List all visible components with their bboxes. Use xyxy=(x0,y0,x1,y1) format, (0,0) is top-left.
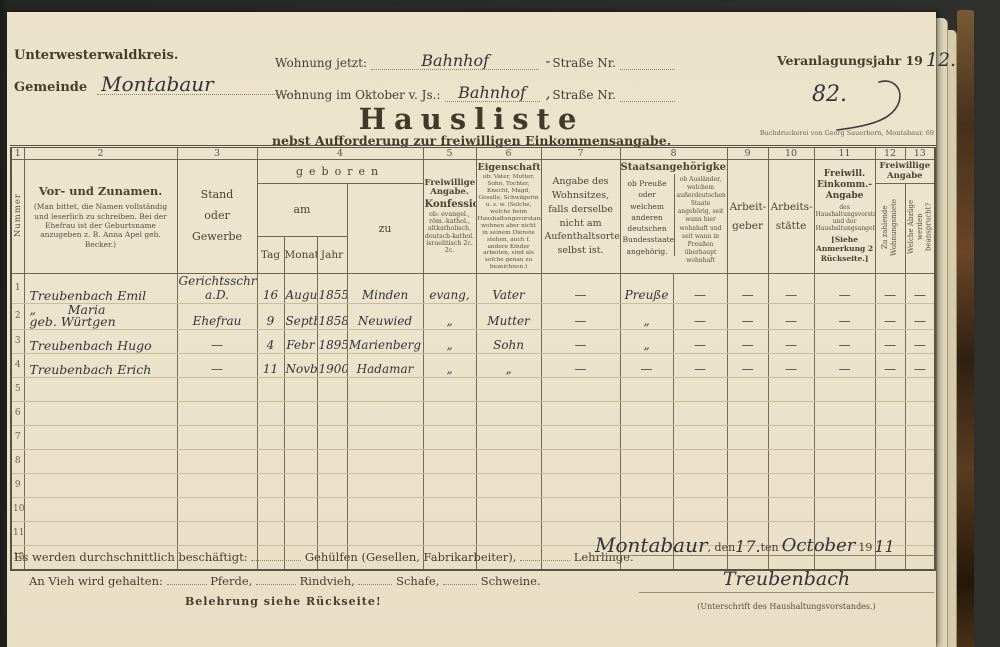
table-cell xyxy=(257,474,284,498)
table-cell: — xyxy=(768,304,814,330)
blank-line xyxy=(251,551,301,561)
header-stand: Stand oder Gewerbe xyxy=(177,160,257,274)
table-cell xyxy=(423,378,476,402)
table-cell xyxy=(347,522,423,546)
ten-label: ten xyxy=(761,541,779,554)
table-cell: — xyxy=(905,330,935,354)
row-number: 6 xyxy=(11,402,24,426)
table-cell xyxy=(177,402,257,426)
signature-caption: (Unterschrift des Haushaltungsvorstandes… xyxy=(639,602,934,611)
table-cell xyxy=(177,378,257,402)
table-row: 5 xyxy=(11,378,935,402)
row-number: 9 xyxy=(11,474,24,498)
wohnung-oktober-label: Wohnung im Oktober v. Js.: xyxy=(275,88,441,102)
wohnung-jetzt-label: Wohnung jetzt: xyxy=(275,56,367,70)
table-cell xyxy=(673,450,727,474)
table-cell xyxy=(620,450,673,474)
table-cell xyxy=(727,426,768,450)
blank-line xyxy=(620,90,675,102)
col-number: 5 xyxy=(423,147,476,160)
table-cell xyxy=(317,426,347,450)
wohnung-oktober-field: Wohnung im Oktober v. Js.: Bahnhof , Str… xyxy=(275,84,675,102)
header-staat-links: ob Preuße oder welchem anderen deutschen… xyxy=(621,174,674,256)
table-cell xyxy=(541,450,620,474)
table-cell: Gerichtsschreiber a.D. xyxy=(177,274,257,304)
table-cell xyxy=(620,498,673,522)
col-number: 11 xyxy=(814,147,875,160)
header-namen: Vor- und Zunamen. (Man bittet, die Namen… xyxy=(24,160,177,274)
table-cell: — xyxy=(875,304,905,330)
table-cell: — xyxy=(673,330,727,354)
table-cell xyxy=(317,522,347,546)
table-cell: „ xyxy=(620,330,673,354)
document-page: Unterwesterwaldkreis. Gemeinde Montabaur… xyxy=(7,12,936,647)
table-cell xyxy=(727,402,768,426)
table-cell: Febr xyxy=(284,330,317,354)
vieh-item: Pferde, xyxy=(210,574,252,588)
veranlagungsjahr-value-handwritten: 12. xyxy=(926,52,956,68)
table-cell xyxy=(905,474,935,498)
table-cell xyxy=(317,378,347,402)
employed-line: Es werden durchschnittlich beschäftigt: … xyxy=(14,550,634,564)
table-cell: — xyxy=(768,330,814,354)
table-cell xyxy=(814,450,875,474)
gemeinde-label: Gemeinde xyxy=(14,80,87,95)
table-cell xyxy=(476,426,541,450)
table-cell xyxy=(768,474,814,498)
table-cell xyxy=(673,378,727,402)
belehrung-note: Belehrung siehe Rückseite! xyxy=(185,595,382,608)
table-cell: — xyxy=(768,274,814,304)
table-row: 10 xyxy=(11,498,935,522)
vieh-item: Schweine. xyxy=(481,574,541,588)
table-cell: Minden xyxy=(347,274,423,304)
table-cell xyxy=(177,426,257,450)
table-body: 1Treubenbach EmilGerichtsschreiber a.D.1… xyxy=(11,274,935,570)
table-cell: — xyxy=(541,274,620,304)
hausliste-table: 1 2 3 4 5 6 7 8 9 10 11 12 13 Nummer xyxy=(10,145,936,571)
table-cell xyxy=(423,402,476,426)
col-number: 12 xyxy=(875,147,905,160)
table-cell xyxy=(317,498,347,522)
wohnung-jetzt-value-handwritten: Bahnhof xyxy=(371,53,539,70)
col-number: 8 xyxy=(620,147,727,160)
header-staat-rechts: ob Ausländer, welchem außerdeutschen Sta… xyxy=(674,174,727,256)
table-cell xyxy=(284,402,317,426)
day-handwritten: 17. xyxy=(735,539,760,554)
table-cell xyxy=(24,402,177,426)
table-cell xyxy=(620,402,673,426)
table-cell xyxy=(905,426,935,450)
table-cell xyxy=(875,426,905,450)
table-cell xyxy=(284,426,317,450)
header-monat: Monat xyxy=(284,236,317,274)
table-cell xyxy=(257,498,284,522)
table-cell xyxy=(768,498,814,522)
table-cell xyxy=(814,402,875,426)
table-cell: — xyxy=(875,354,905,378)
separator-comma: , xyxy=(546,84,551,102)
table-cell xyxy=(541,498,620,522)
table-cell xyxy=(727,378,768,402)
table-cell xyxy=(875,498,905,522)
table-cell: 9 xyxy=(257,304,284,330)
header-nummer: Nummer xyxy=(11,160,24,274)
table-row: 9 xyxy=(11,474,935,498)
table-cell xyxy=(768,402,814,426)
signature-line: Treubenbach xyxy=(639,568,934,593)
table-cell: — xyxy=(814,330,875,354)
employed-label: Es werden durchschnittlich beschäftigt: xyxy=(14,550,248,564)
table-cell xyxy=(317,450,347,474)
table-cell: — xyxy=(875,330,905,354)
table-cell xyxy=(875,378,905,402)
header-tag: Tag xyxy=(257,236,284,274)
table-row: 2„ Maria geb. WürtgenEhefrau9Septbr1858N… xyxy=(11,304,935,330)
wohnung-jetzt-field: Wohnung jetzt: Bahnhof - Straße Nr. xyxy=(275,52,675,70)
table-cell xyxy=(347,474,423,498)
col-number: 4 xyxy=(257,147,423,160)
header-jahr: Jahr xyxy=(317,236,347,274)
veranlagungsjahr-field: Veranlagungsjahr 19 12. xyxy=(777,52,956,68)
col-number: 2 xyxy=(24,147,177,160)
table-cell: „ xyxy=(423,304,476,330)
row-number: 10 xyxy=(11,498,24,522)
table-cell: — xyxy=(814,304,875,330)
table-cell: — xyxy=(727,330,768,354)
table-cell xyxy=(317,474,347,498)
table-cell: 1858 xyxy=(317,304,347,330)
header-arbeitgeber: Arbeit-geber xyxy=(727,160,768,274)
table-cell xyxy=(768,426,814,450)
row-number: 11 xyxy=(11,522,24,546)
table-cell: — xyxy=(177,330,257,354)
table-cell xyxy=(257,522,284,546)
blank-line xyxy=(520,551,570,561)
table-cell xyxy=(673,474,727,498)
page-edge xyxy=(948,30,957,647)
table-cell xyxy=(347,498,423,522)
table-cell: Treubenbach Hugo xyxy=(24,330,177,354)
header-am: am xyxy=(257,184,347,237)
strasse-nr-label: Straße Nr. xyxy=(552,56,616,70)
table-cell: — xyxy=(177,354,257,378)
livestock-line: An Vieh wird gehalten: Pferde, Rindvieh,… xyxy=(29,574,541,588)
table-cell xyxy=(875,402,905,426)
table-cell xyxy=(476,498,541,522)
ort-handwritten: Montabaur xyxy=(595,536,708,554)
header-zu: zu xyxy=(347,184,423,274)
header-arbeitsstaette: Arbeits-stätte xyxy=(768,160,814,274)
table-cell xyxy=(541,474,620,498)
table-cell xyxy=(476,450,541,474)
header-wohnungsmiete: Zu zahlende Wohnungsmiete xyxy=(875,184,905,274)
table-cell xyxy=(541,402,620,426)
table-cell xyxy=(476,402,541,426)
table-cell xyxy=(727,474,768,498)
table-cell xyxy=(875,450,905,474)
table-cell: — xyxy=(905,354,935,378)
table-cell: Mutter xyxy=(476,304,541,330)
blank-line xyxy=(620,58,675,70)
table-cell xyxy=(423,450,476,474)
header-freiwillige-angabe: Freiwillige Angabe xyxy=(875,160,935,184)
row-number: 5 xyxy=(11,378,24,402)
month-handwritten: October xyxy=(782,538,856,554)
table-cell xyxy=(476,378,541,402)
table-cell: — xyxy=(727,274,768,304)
page-edge xyxy=(936,18,948,647)
table-cell: — xyxy=(905,304,935,330)
row-number: 8 xyxy=(11,450,24,474)
column-numbers-row: 1 2 3 4 5 6 7 8 9 10 11 12 13 xyxy=(11,147,935,160)
col-number: 3 xyxy=(177,147,257,160)
book-binding xyxy=(957,10,974,647)
table-cell xyxy=(541,426,620,450)
header-staatsangehoerigkeit: Staatsangehörigkeit: ob Preuße oder welc… xyxy=(620,160,727,274)
table-cell: August xyxy=(284,274,317,304)
table-cell xyxy=(317,402,347,426)
table-cell xyxy=(257,402,284,426)
row-number: 1 xyxy=(11,274,24,304)
table-cell: 1895 xyxy=(317,330,347,354)
table-cell xyxy=(727,498,768,522)
table-cell: „ xyxy=(476,354,541,378)
table-cell xyxy=(620,426,673,450)
table-cell xyxy=(177,522,257,546)
col-number: 6 xyxy=(476,147,541,160)
row-number: 3 xyxy=(11,330,24,354)
table-cell: — xyxy=(768,354,814,378)
col-number: 13 xyxy=(905,147,935,160)
table-cell: — xyxy=(814,274,875,304)
scan-background: Unterwesterwaldkreis. Gemeinde Montabaur… xyxy=(0,0,1000,647)
table-cell xyxy=(727,450,768,474)
table-row: 1Treubenbach EmilGerichtsschreiber a.D.1… xyxy=(11,274,935,304)
employed-mid: Gehülfen (Gesellen, Fabrikarbeiter), xyxy=(305,550,517,564)
signature-handwritten: Treubenbach xyxy=(723,568,850,590)
table-cell xyxy=(257,378,284,402)
table-cell xyxy=(905,450,935,474)
table-cell: Novbr xyxy=(284,354,317,378)
table-cell xyxy=(814,474,875,498)
col-number: 9 xyxy=(727,147,768,160)
table-cell xyxy=(673,426,727,450)
table-cell: — xyxy=(541,330,620,354)
blank-line xyxy=(358,575,392,585)
table-cell xyxy=(284,474,317,498)
wohnung-oktober-value-handwritten: Bahnhof xyxy=(445,85,540,102)
table-cell xyxy=(814,426,875,450)
row-number: 4 xyxy=(11,354,24,378)
table-cell: Hadamar xyxy=(347,354,423,378)
year-print-label: 19 xyxy=(858,541,872,554)
table-cell: 16 xyxy=(257,274,284,304)
table-cell xyxy=(284,522,317,546)
vieh-item: Rindvieh, xyxy=(300,574,355,588)
table-cell xyxy=(257,426,284,450)
table-cell xyxy=(620,378,673,402)
table-cell: — xyxy=(673,274,727,304)
table-cell xyxy=(284,498,317,522)
table-cell xyxy=(24,522,177,546)
printer-note: Buchdruckerei von Georg Sauerborn, Monta… xyxy=(719,129,934,137)
table-cell xyxy=(177,498,257,522)
table-cell: Neuwied xyxy=(347,304,423,330)
header-abzuege: Welche Abzüge werden beansprucht? xyxy=(905,184,935,274)
gemeinde-field: Gemeinde Montabaur xyxy=(14,74,297,95)
row-number: 2 xyxy=(11,304,24,330)
table-cell: evang, xyxy=(423,274,476,304)
table-cell xyxy=(814,378,875,402)
table-cell: „ xyxy=(423,354,476,378)
col-number: 1 xyxy=(11,147,24,160)
table-cell: 1900 xyxy=(317,354,347,378)
table-cell xyxy=(620,474,673,498)
table-cell xyxy=(24,474,177,498)
table-cell: — xyxy=(814,354,875,378)
table-cell: 4 xyxy=(257,330,284,354)
table-cell xyxy=(423,498,476,522)
kreis-label: Unterwesterwaldkreis. xyxy=(14,48,178,63)
table-cell: „ xyxy=(423,330,476,354)
separator-dash: - xyxy=(545,52,550,70)
table-cell: Septbr xyxy=(284,304,317,330)
blank-line xyxy=(443,575,477,585)
table-cell: — xyxy=(673,354,727,378)
table-cell xyxy=(905,498,935,522)
header-konfession: Freiwillige Angabe. Konfession: ob: evan… xyxy=(423,160,476,274)
table-cell: — xyxy=(541,354,620,378)
row-number: 7 xyxy=(11,426,24,450)
header-einkommensangabe: Freiwill. Einkomm.-Angabe des Haushaltun… xyxy=(814,160,875,274)
vieh-item: Schafe, xyxy=(396,574,439,588)
col-number: 7 xyxy=(541,147,620,160)
table-cell: — xyxy=(673,304,727,330)
table-cell: — xyxy=(875,274,905,304)
veranlagungsjahr-label: Veranlagungsjahr 19 xyxy=(777,53,923,68)
table-cell xyxy=(284,450,317,474)
table-cell: — xyxy=(541,304,620,330)
table-cell: Treubenbach Erich xyxy=(24,354,177,378)
year-handwritten: 11 xyxy=(874,539,894,554)
table-cell xyxy=(24,450,177,474)
table-cell xyxy=(24,378,177,402)
table-cell: „ xyxy=(620,304,673,330)
date-line: Montabaur , den 17. ten October 19 11 xyxy=(595,536,935,556)
table-cell: Treubenbach Emil xyxy=(24,274,177,304)
den-label: , den xyxy=(708,541,736,554)
table-cell xyxy=(423,426,476,450)
table-cell xyxy=(814,498,875,522)
table-row: 6 xyxy=(11,402,935,426)
table-cell: Vater xyxy=(476,274,541,304)
table-cell xyxy=(347,378,423,402)
strasse-nr-label: Straße Nr. xyxy=(552,88,616,102)
table-cell xyxy=(768,450,814,474)
table-cell: — xyxy=(727,304,768,330)
table-cell xyxy=(284,378,317,402)
col-number: 10 xyxy=(768,147,814,160)
table-row: 7 xyxy=(11,426,935,450)
header-wohnsitz: Angabe des Wohnsitzes, falls derselbe ni… xyxy=(541,160,620,274)
table-cell: — xyxy=(620,354,673,378)
table-row: 3Treubenbach Hugo—4Febr1895Marienberg„So… xyxy=(11,330,935,354)
table-row: 4Treubenbach Erich—11Novbr1900Hadamar„„—… xyxy=(11,354,935,378)
table-cell xyxy=(476,474,541,498)
table-cell xyxy=(673,498,727,522)
table-cell xyxy=(177,474,257,498)
table-cell: — xyxy=(727,354,768,378)
table-cell xyxy=(905,378,935,402)
table-cell xyxy=(875,474,905,498)
table-cell xyxy=(347,402,423,426)
table-cell: „ Maria geb. Würtgen xyxy=(24,304,177,330)
table-cell xyxy=(768,378,814,402)
table-cell xyxy=(423,474,476,498)
header-eigenschaft: Eigenschaft ob: Vater, Mutter, Sohn, Toc… xyxy=(476,160,541,274)
table-cell xyxy=(476,522,541,546)
table-cell: Preuße xyxy=(620,274,673,304)
table-cell xyxy=(347,450,423,474)
table-cell xyxy=(257,450,284,474)
table-cell xyxy=(24,498,177,522)
table-cell xyxy=(177,450,257,474)
table-cell: 11 xyxy=(257,354,284,378)
blank-line xyxy=(167,575,207,585)
vieh-label: An Vieh wird gehalten: xyxy=(29,574,163,588)
table-cell: — xyxy=(905,274,935,304)
table-cell xyxy=(423,522,476,546)
table-cell xyxy=(347,426,423,450)
gemeinde-value-handwritten: Montabaur xyxy=(97,74,297,95)
table-cell xyxy=(24,426,177,450)
table-cell: Ehefrau xyxy=(177,304,257,330)
table-row: 8 xyxy=(11,450,935,474)
blank-line xyxy=(256,575,296,585)
table-cell: 1855 xyxy=(317,274,347,304)
table-cell xyxy=(673,402,727,426)
header-geboren: geboren xyxy=(257,160,423,184)
table-cell: Sohn xyxy=(476,330,541,354)
table-cell: Marienberg xyxy=(347,330,423,354)
table-cell xyxy=(905,402,935,426)
table-cell xyxy=(541,378,620,402)
